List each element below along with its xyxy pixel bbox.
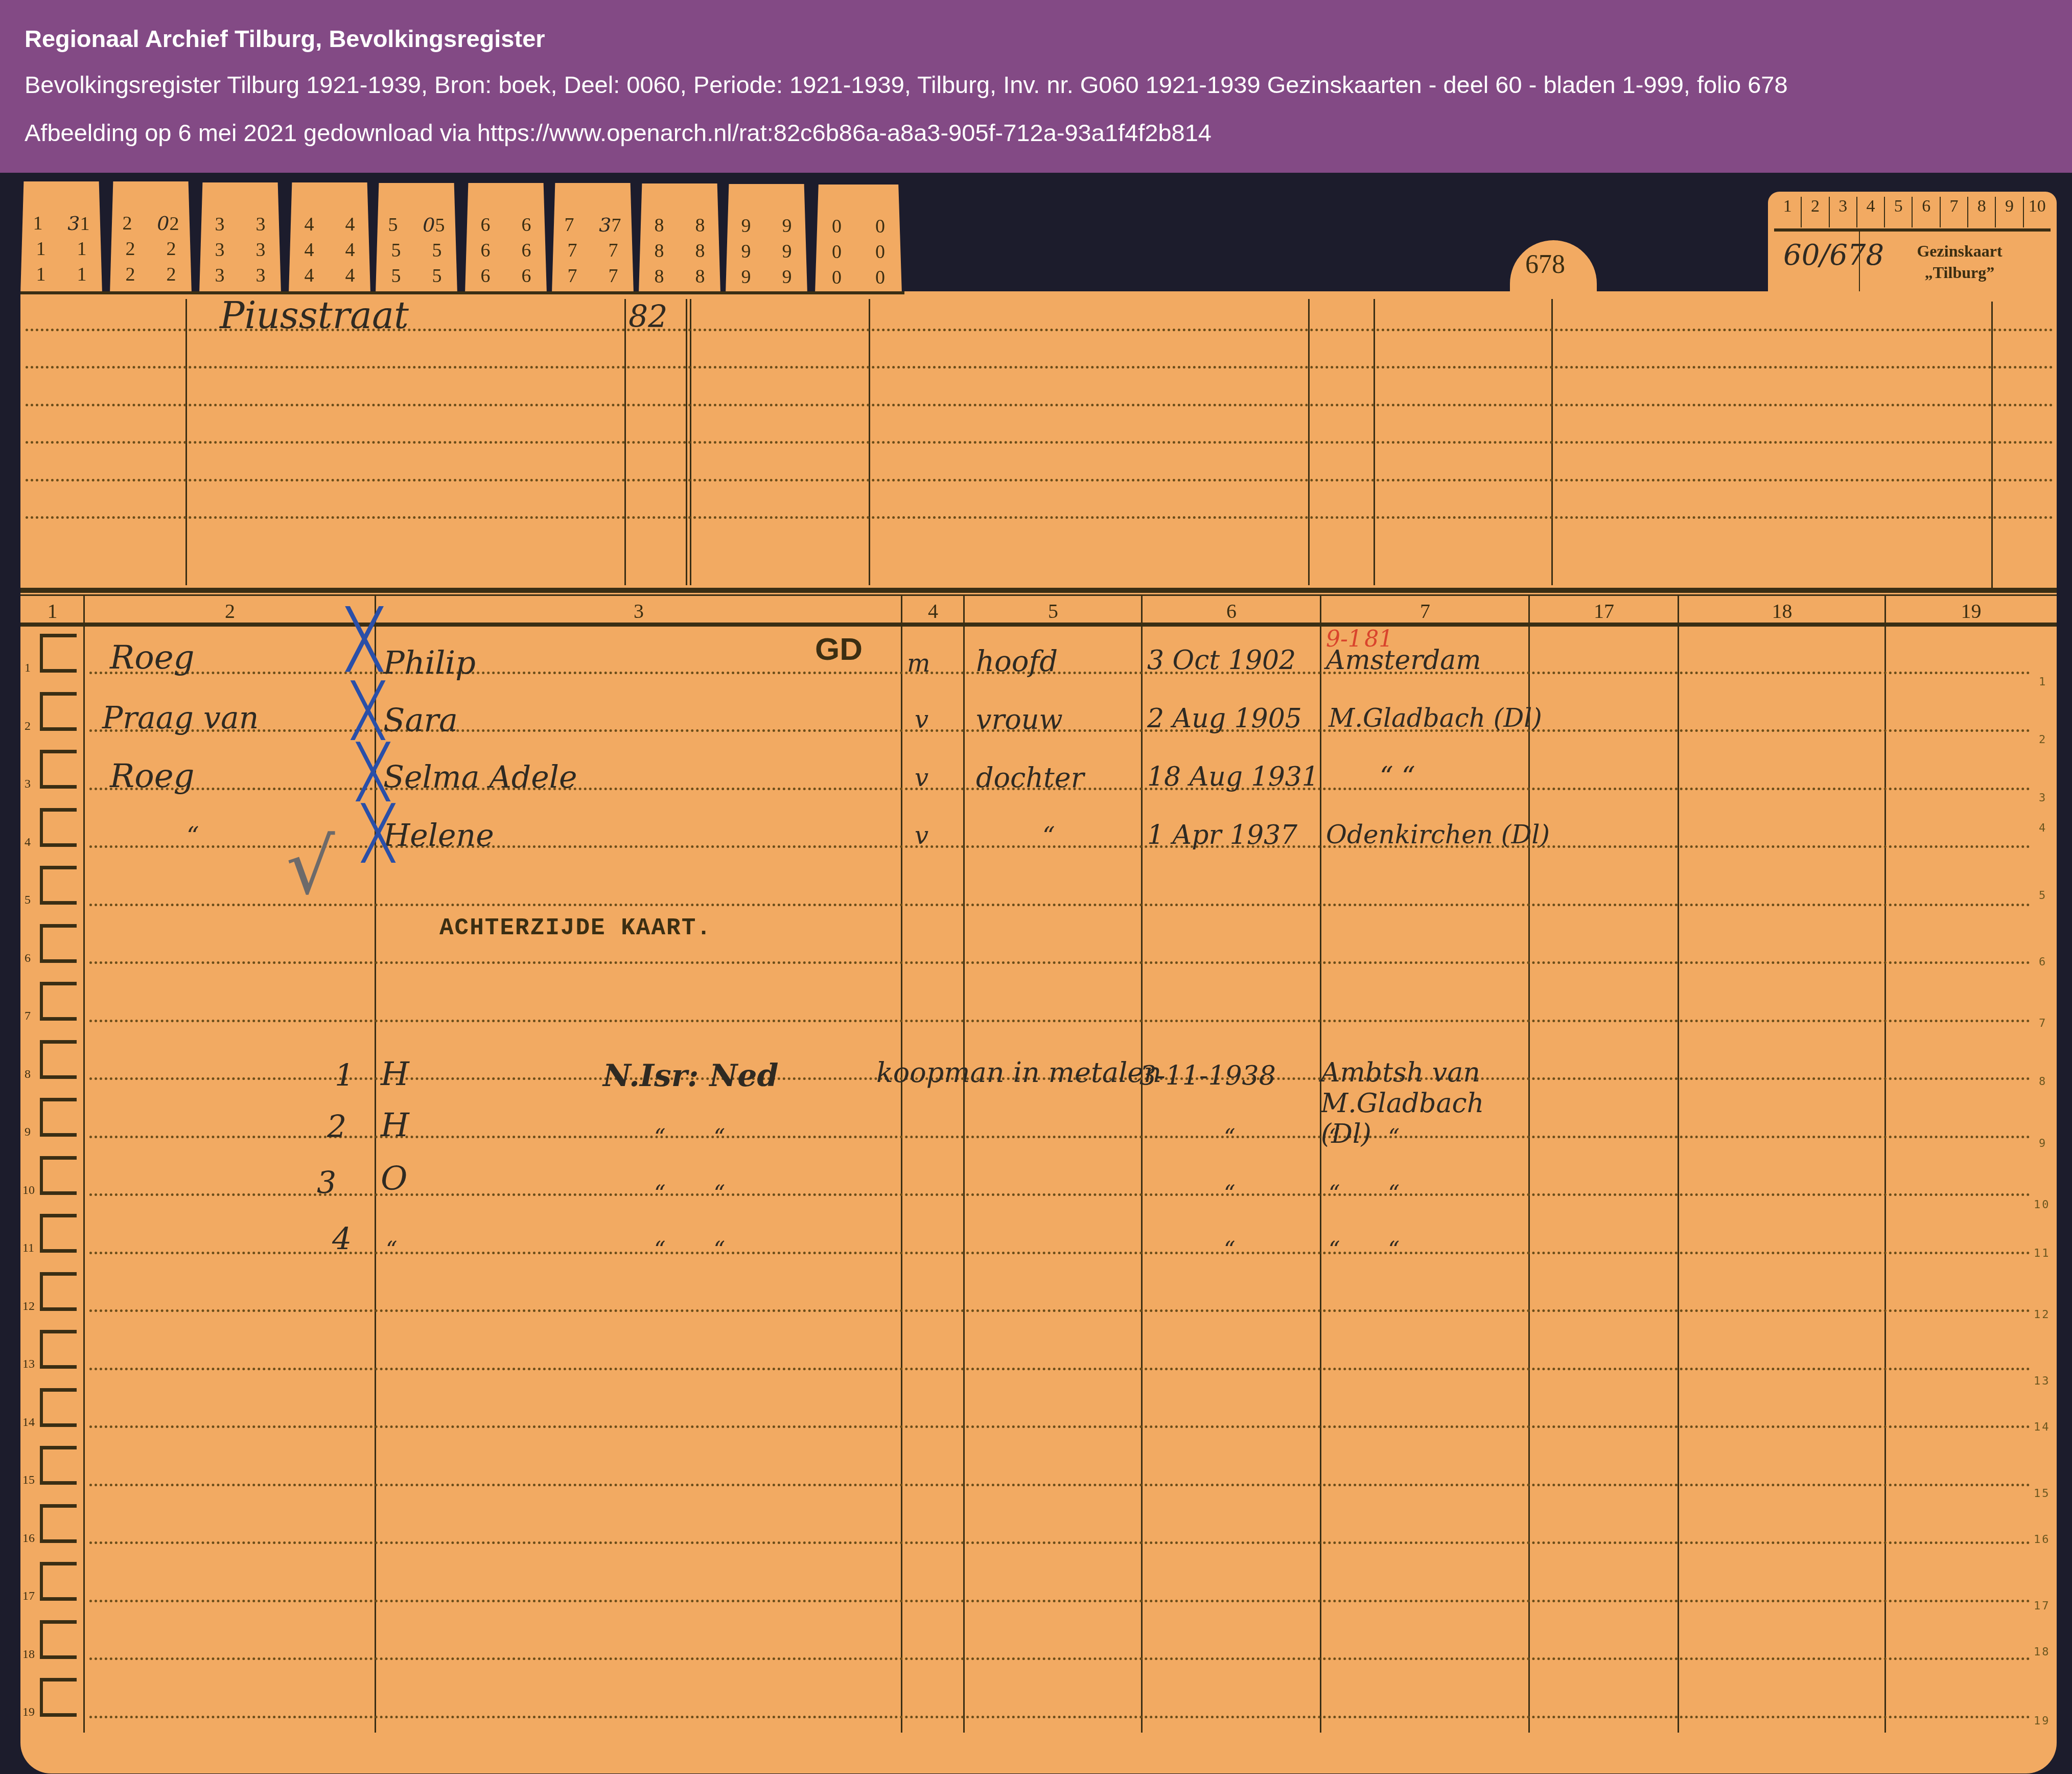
tab-9: 99 99 99: [726, 184, 807, 294]
family-card: [20, 291, 2057, 1773]
index-numbers: 1 2 3 4 5 6 7 8 9 10: [1774, 197, 2051, 227]
blue-cross-mark: ╳: [353, 680, 383, 740]
pencil-check-mark: √: [286, 823, 335, 912]
row-checkbox[interactable]: [40, 1098, 77, 1137]
tab-3: 33 33 33: [199, 182, 281, 294]
blue-cross-mark: ╳: [363, 802, 393, 863]
row-checkbox[interactable]: [40, 982, 77, 1021]
deel-folio: 60/678: [1783, 239, 1884, 272]
row-checkbox[interactable]: [40, 1446, 77, 1485]
row-checkbox[interactable]: [40, 866, 77, 905]
row-checkbox[interactable]: [40, 1330, 77, 1369]
tab-6: 66 66 66: [465, 183, 547, 294]
tab-4: 44 44 44: [289, 182, 370, 294]
tab-5: 505 55 55: [376, 183, 457, 294]
row-checkbox[interactable]: [40, 1678, 77, 1717]
row-checkbox[interactable]: [40, 750, 77, 789]
download-info[interactable]: Afbeelding op 6 mei 2021 gedownload via …: [25, 119, 1212, 147]
row-checkbox[interactable]: [40, 1620, 77, 1659]
row-checkbox[interactable]: [40, 924, 77, 963]
blue-cross-mark: ╳: [358, 741, 388, 801]
back-of-card-stamp: ACHTERZIJDE KAART.: [439, 915, 712, 941]
tab-0: 00 00 00: [815, 185, 902, 294]
row-checkbox[interactable]: [40, 808, 77, 847]
row-checkbox[interactable]: [40, 634, 77, 673]
tab-8: 88 88 88: [639, 183, 720, 294]
blue-cross-mark: ╳: [347, 606, 381, 672]
street-name: Piusstraat: [220, 294, 409, 337]
archive-title: Regionaal Archief Tilburg, Bevolkingsreg…: [25, 25, 545, 53]
row-checkbox[interactable]: [40, 1214, 77, 1253]
row-checkbox[interactable]: [40, 1562, 77, 1601]
folio-tab: 678: [1510, 240, 1597, 296]
row-checkbox[interactable]: [40, 1156, 77, 1195]
house-number: 82: [628, 299, 667, 335]
row-checkbox[interactable]: [40, 692, 77, 731]
row-checkbox[interactable]: [40, 1040, 77, 1079]
row-checkbox[interactable]: [40, 1388, 77, 1427]
tab-7: 737 77 77: [552, 183, 634, 294]
gd-stamp: GD: [815, 631, 863, 667]
index-box: 1 2 3 4 5 6 7 8 9 10 60/678 Gezinskaart …: [1768, 192, 2057, 302]
row-checkbox[interactable]: [40, 1504, 77, 1543]
row-checkbox[interactable]: [40, 1272, 77, 1311]
section-divider: [20, 588, 2057, 593]
tab-2: 202 22 22: [110, 181, 192, 294]
source-description: Bevolkingsregister Tilburg 1921-1939, Br…: [25, 71, 1788, 99]
tab-1: 131 11 11: [20, 181, 102, 294]
archive-header: Regionaal Archief Tilburg, Bevolkingsreg…: [0, 0, 2072, 173]
